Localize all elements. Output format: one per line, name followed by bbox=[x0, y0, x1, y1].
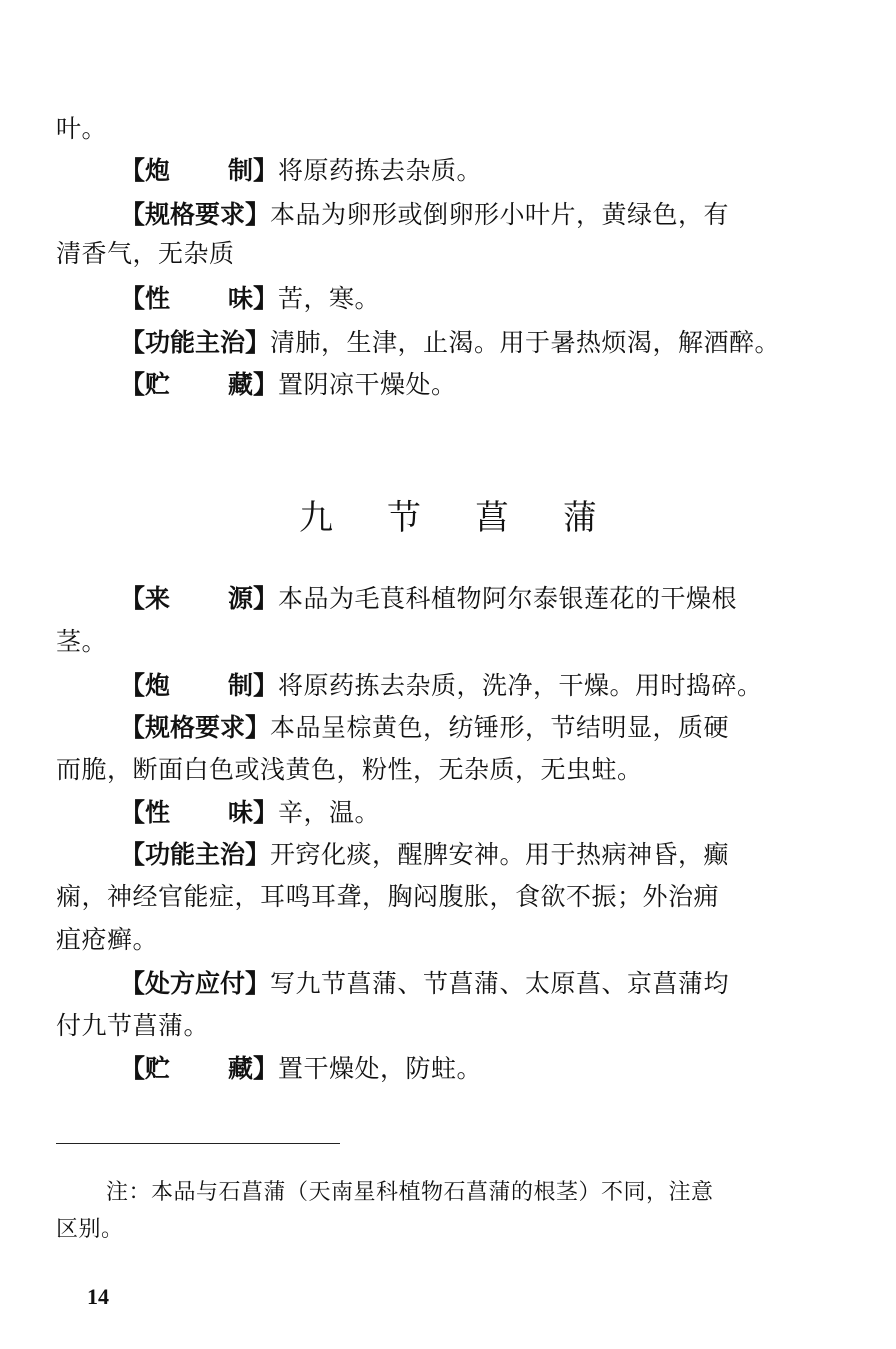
field-source-continuation: 茎。 bbox=[56, 626, 806, 658]
field-label: 【功能主治】 bbox=[120, 840, 270, 869]
footnote-continuation: 区别。 bbox=[56, 1215, 806, 1245]
field-specification-continuation: 而脆，断面白色或浅黄色，粉性，无杂质，无虫蛀。 bbox=[56, 754, 806, 786]
field-processing-prev: 【炮制】将原药拣去杂质。 bbox=[120, 155, 870, 187]
previous-entry-continuation: 叶。 bbox=[56, 113, 806, 145]
document-page: 叶。 【炮制】将原药拣去杂质。 【规格要求】本品为卵形或倒卵形小叶片，黄绿色，有… bbox=[0, 0, 896, 1349]
page-number: 14 bbox=[87, 1284, 109, 1310]
field-nature-taste: 【性味】辛，温。 bbox=[120, 797, 870, 829]
field-indications-continuation: 痫，神经官能症，耳鸣耳聋，胸闷腹胀，食欲不振；外治痈 bbox=[56, 881, 806, 913]
field-label: 【性味】 bbox=[120, 798, 278, 827]
field-text: 本品为毛茛科植物阿尔泰银莲花的干燥根 bbox=[278, 584, 737, 613]
field-nature-taste-prev: 【性味】苦，寒。 bbox=[120, 283, 870, 315]
field-text: 本品呈棕黄色，纺锤形，节结明显，质硬 bbox=[270, 713, 729, 742]
field-label: 【性味】 bbox=[120, 284, 278, 313]
field-text: 写九节菖蒲、节菖蒲、太原菖、京菖蒲均 bbox=[270, 969, 729, 998]
field-source: 【来源】本品为毛茛科植物阿尔泰银莲花的干燥根 bbox=[120, 583, 870, 615]
field-label: 【来源】 bbox=[120, 584, 278, 613]
field-specification-prev: 【规格要求】本品为卵形或倒卵形小叶片，黄绿色，有 bbox=[120, 199, 870, 231]
field-label: 【规格要求】 bbox=[120, 713, 270, 742]
field-label: 【炮制】 bbox=[120, 156, 278, 185]
field-storage: 【贮藏】置干燥处，防蛀。 bbox=[120, 1053, 870, 1085]
field-label: 【贮藏】 bbox=[120, 1054, 278, 1083]
field-label: 【规格要求】 bbox=[120, 200, 270, 229]
field-indications-continuation-2: 疽疮癣。 bbox=[56, 924, 806, 956]
field-prescription-continuation: 付九节菖蒲。 bbox=[56, 1010, 806, 1042]
field-text: 开窍化痰，醒脾安神。用于热病神昏，癫 bbox=[270, 840, 729, 869]
field-label: 【贮藏】 bbox=[120, 370, 278, 399]
field-label: 【处方应付】 bbox=[120, 969, 270, 998]
field-prescription: 【处方应付】写九节菖蒲、节菖蒲、太原菖、京菖蒲均 bbox=[120, 968, 870, 1000]
field-text: 将原药拣去杂质。 bbox=[278, 156, 482, 185]
footnote-divider bbox=[56, 1143, 340, 1144]
field-text: 置阴凉干燥处。 bbox=[278, 370, 457, 399]
entry-title: 九节菖蒲 bbox=[0, 490, 896, 539]
field-text: 苦，寒。 bbox=[278, 284, 380, 313]
field-text: 清肺，生津，止渴。用于暑热烦渴，解酒醉。 bbox=[270, 328, 780, 357]
field-indications-prev: 【功能主治】清肺，生津，止渴。用于暑热烦渴，解酒醉。 bbox=[120, 327, 870, 359]
footnote: 注：本品与石菖蒲（天南星科植物石菖蒲的根茎）不同，注意 bbox=[106, 1178, 856, 1208]
field-text: 置干燥处，防蛀。 bbox=[278, 1054, 482, 1083]
field-label: 【炮制】 bbox=[120, 671, 278, 700]
field-specification-prev-continuation: 清香气，无杂质 bbox=[56, 238, 806, 270]
field-storage-prev: 【贮藏】置阴凉干燥处。 bbox=[120, 369, 870, 401]
field-text: 本品为卵形或倒卵形小叶片，黄绿色，有 bbox=[270, 200, 729, 229]
field-indications: 【功能主治】开窍化痰，醒脾安神。用于热病神昏，癫 bbox=[120, 839, 870, 871]
field-processing: 【炮制】将原药拣去杂质，洗净，干燥。用时捣碎。 bbox=[120, 670, 870, 702]
field-specification: 【规格要求】本品呈棕黄色，纺锤形，节结明显，质硬 bbox=[120, 712, 870, 744]
field-text: 辛，温。 bbox=[278, 798, 380, 827]
field-label: 【功能主治】 bbox=[120, 328, 270, 357]
field-text: 将原药拣去杂质，洗净，干燥。用时捣碎。 bbox=[278, 671, 763, 700]
